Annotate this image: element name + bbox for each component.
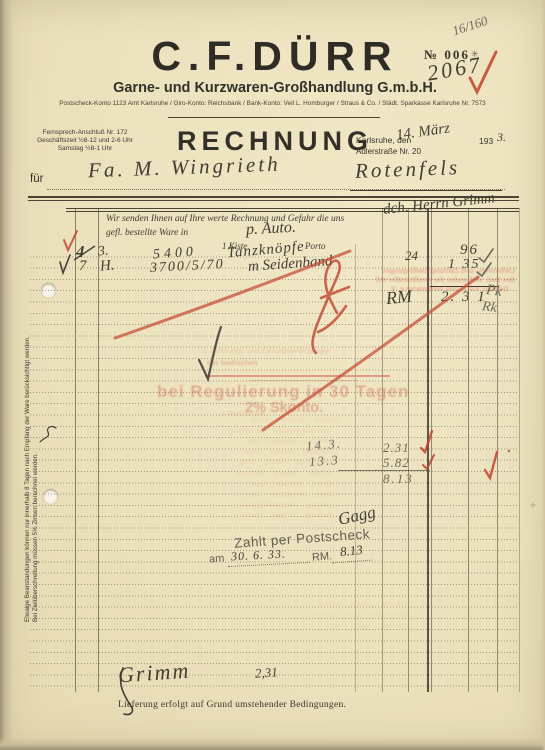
bleed-through-block: Lieferungs- und Zahlungsbedingungen des … bbox=[383, 266, 515, 293]
table-vline bbox=[519, 208, 520, 692]
invoice-scan: 16/160 № 006 ✳ 2067 C.F.DÜRR Garne- und … bbox=[0, 0, 545, 750]
item-qty: 7 bbox=[79, 258, 87, 275]
saturday-line: Samstag ½8-1 Uhr bbox=[18, 145, 152, 153]
handwritten-recipient-place: Rotenfels bbox=[355, 155, 461, 184]
handwritten-date: 14. März bbox=[395, 120, 451, 144]
bleed-line: Garnen, Kurz- und Weißwaren e. V. bbox=[383, 284, 515, 293]
street-address: Adlerstraße Nr. 20 bbox=[356, 147, 421, 156]
intro-line-1: Wir senden Ihnen auf Ihre werte Rechnung… bbox=[106, 214, 344, 224]
stamp-underline-2 bbox=[250, 380, 358, 381]
item-pieces: 24 bbox=[405, 248, 418, 264]
hours-line: Geschäftszeit ½8-12 und 2-6 Uhr bbox=[18, 137, 152, 145]
scan-edge-right bbox=[541, 0, 545, 750]
side-terms-note: Etwaige Beanstandungen können nur innerh… bbox=[24, 224, 39, 622]
pencil-total: 8.13 bbox=[383, 471, 414, 487]
item-unit: H. bbox=[99, 257, 115, 275]
footer-terms-line: Lieferung erfolgt auf Grund umstehender … bbox=[118, 700, 346, 710]
handwritten-signature: Grimm bbox=[117, 658, 191, 689]
bleed-fragment: u. Lieferungs- und Zahlungsbedingungen bbox=[203, 348, 331, 355]
bleed-line: des Bad. Verbandes der Großhändler mit bbox=[383, 275, 515, 284]
bleed-fragment: der badischen bbox=[207, 358, 258, 367]
contact-block: Fernsprech-Anschluß Nr. 172 Geschäftszei… bbox=[18, 129, 152, 153]
handwritten-payment-amount: 8.13 bbox=[339, 542, 363, 560]
bank-accounts-line: Postscheck-Konto 1123 Amt Karlsruhe / Gi… bbox=[10, 100, 535, 107]
handwritten-signature-amount: 2,31 bbox=[254, 664, 278, 682]
intro-line-2: gefl. bestellte Ware in bbox=[106, 228, 188, 238]
bleed-through-paragraph-2: … Lieferung … Zahlung … der Ware … … Bed… bbox=[165, 600, 415, 633]
table-vline bbox=[75, 208, 76, 692]
phone-line: Fernsprech-Anschluß Nr. 172 bbox=[18, 129, 152, 137]
bleed-line: Lieferungs- und Zahlungsbedingungen bbox=[383, 266, 515, 275]
stamp-regulierung: bei Regulierung in 30 Tagen bbox=[157, 382, 409, 402]
table-vline bbox=[98, 208, 99, 692]
porto-label: Porto bbox=[305, 241, 326, 251]
company-subtitle: Garne- und Kurzwaren-Großhandlung G.m.b.… bbox=[60, 80, 490, 96]
pencil-amount: 5.82 bbox=[383, 455, 410, 471]
handwritten-shipping-mode: p. Auto. bbox=[246, 219, 297, 240]
pencil-plus-mark bbox=[530, 502, 536, 508]
handwritten-recipient-name: Fa. M. Wingrieth bbox=[88, 152, 281, 184]
stamp-rm-label: RM. bbox=[312, 550, 333, 563]
handwritten-carrier: dch. Herrn Grimm bbox=[382, 190, 495, 219]
company-name: C.F.DÜRR bbox=[140, 33, 410, 80]
handwritten-payment-date: 30. 6. 33. bbox=[231, 547, 287, 565]
header-divider bbox=[168, 117, 380, 118]
pencil-initials: Rk bbox=[481, 299, 498, 317]
scan-edge-bottom bbox=[0, 738, 545, 750]
stamp-underline bbox=[205, 375, 390, 377]
recipient-label: für bbox=[30, 173, 43, 185]
pencil-amount: 2.31 bbox=[383, 440, 410, 456]
scan-edge-left bbox=[0, 0, 13, 750]
stamp-am-label: am bbox=[209, 552, 225, 565]
handwritten-year: 3. bbox=[497, 130, 506, 145]
year-print: 193 bbox=[479, 136, 493, 146]
pencil-file-fraction: 16/160 bbox=[450, 13, 489, 39]
pencil-date: 13.3 bbox=[308, 452, 340, 470]
